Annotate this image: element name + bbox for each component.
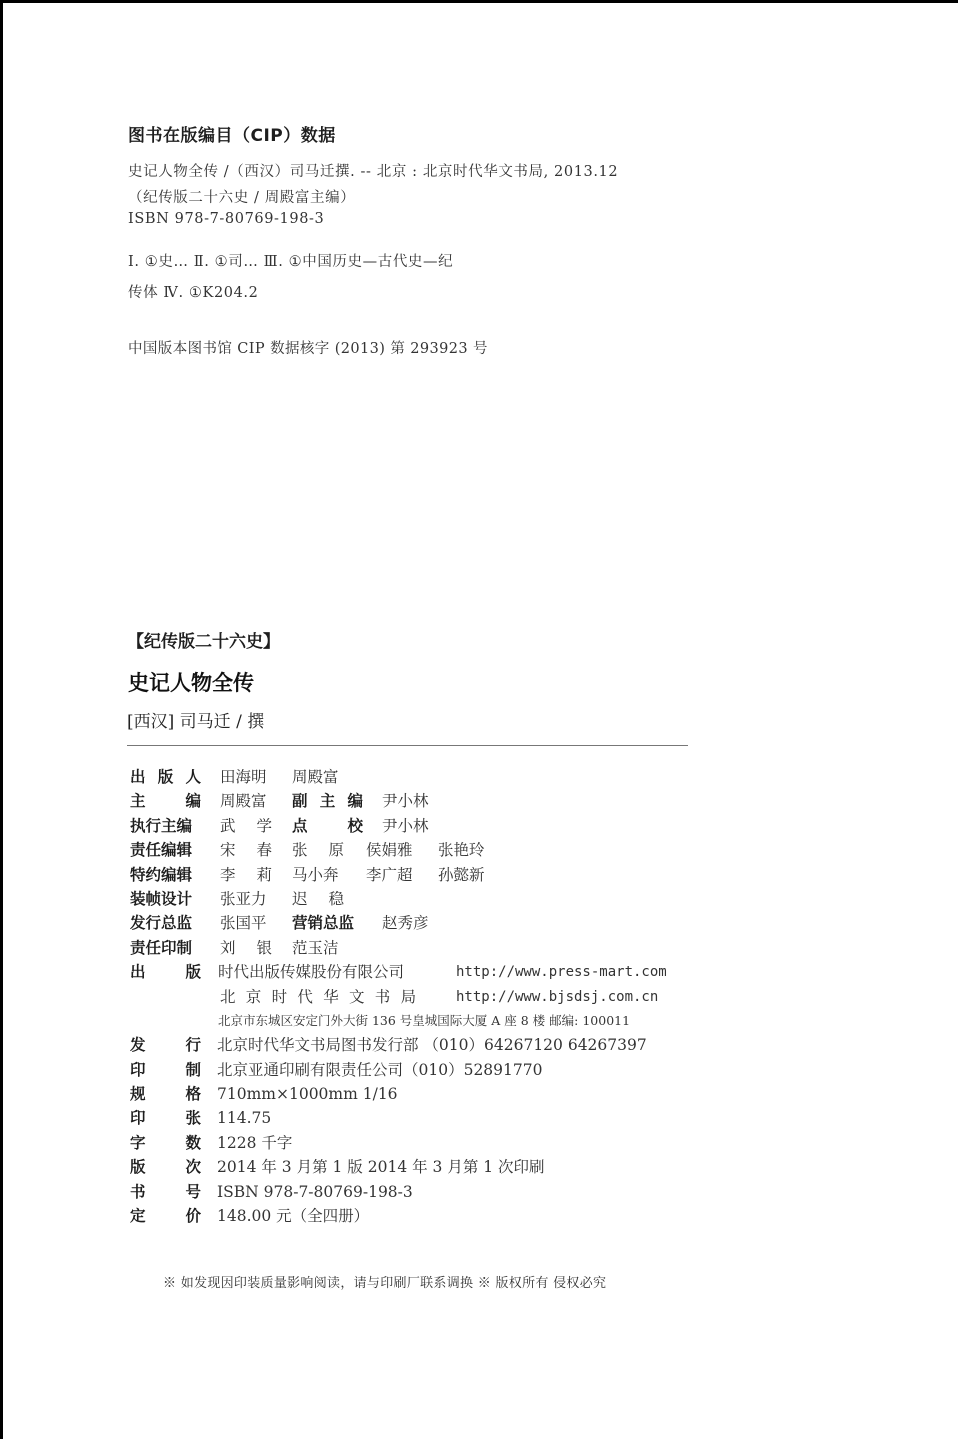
cip-line-classification: 传体 Ⅳ. ①K204.2 — [128, 281, 258, 302]
credit-value: 尹小林 — [382, 789, 429, 813]
page-border-top — [0, 0, 958, 3]
credit-value: 张国平 — [220, 911, 267, 935]
credit-value: 马小奔 — [292, 863, 339, 887]
credit-value: 148.00 元（全四册） — [217, 1204, 369, 1228]
credit-value: 北京亚通印刷有限责任公司（010）52891770 — [217, 1058, 542, 1082]
credit-label: 版次 — [130, 1155, 201, 1179]
credit-value: 张亚力 — [220, 887, 267, 911]
credit-value: 尹小林 — [382, 814, 429, 838]
credit-label: 发行总监 — [130, 911, 201, 935]
credit-value: 北京时代华文书局图书发行部 （010）64267120 64267397 — [217, 1033, 647, 1057]
cip-line-series: （纪传版二十六史 / 周殿富主编） — [128, 186, 355, 207]
credit-label: 定价 — [130, 1204, 201, 1228]
series-name: 【纪传版二十六史】 — [127, 627, 280, 652]
credit-label-secondary: 营销总监 — [292, 911, 363, 935]
footer-notice: ※ 如发现因印装质量影响阅读，请与印刷厂联系调换 ※ 版权所有 侵权必究 — [163, 1272, 606, 1291]
credit-label: 责任印制 — [130, 936, 201, 960]
credit-label: 主编 — [130, 789, 201, 813]
cip-line-subjects: Ⅰ. ①史… Ⅱ. ①司… Ⅲ. ①中国历史—古代史—纪 — [128, 250, 453, 271]
divider-rule — [127, 745, 688, 746]
publisher-name: 时代出版传媒股份有限公司 — [218, 960, 404, 984]
cip-line-isbn: ISBN 978-7-80769-198-3 — [128, 211, 324, 227]
publisher-url[interactable]: http://www.bjsdsj.com.cn — [456, 985, 658, 1009]
credit-label: 发行 — [130, 1033, 201, 1057]
credit-label: 规格 — [130, 1082, 201, 1106]
credit-value: 迟稳 — [292, 887, 344, 911]
credit-label: 印张 — [130, 1106, 201, 1130]
publisher-url[interactable]: http://www.press-mart.com — [456, 960, 667, 984]
credit-label: 特约编辑 — [130, 863, 201, 887]
page-border-left — [0, 0, 3, 1439]
credit-label: 出版人 — [130, 765, 201, 789]
credit-value: 范玉洁 — [292, 936, 339, 960]
book-title: 史记人物全传 — [128, 667, 254, 697]
credit-value: 刘银 — [220, 936, 272, 960]
credit-value: 赵秀彦 — [382, 911, 429, 935]
credit-value: ISBN 978-7-80769-198-3 — [217, 1180, 413, 1204]
credit-label: 执行主编 — [130, 814, 201, 838]
credit-value: 周殿富 — [292, 765, 339, 789]
cip-record-number: 中国版本图书馆 CIP 数据核字 (2013) 第 293923 号 — [128, 337, 488, 358]
credit-value: 武学 — [220, 814, 272, 838]
cip-heading: 图书在版编目（CIP）数据 — [128, 121, 336, 146]
credit-label: 书号 — [130, 1180, 201, 1204]
credit-value: 2014 年 3 月第 1 版 2014 年 3 月第 1 次印刷 — [217, 1155, 545, 1179]
credit-value: 710mm×1000mm 1/16 — [217, 1082, 398, 1106]
cip-line-title: 史记人物全传 /（西汉）司马迁撰. -- 北京 : 北京时代华文书局, 2013… — [128, 160, 618, 181]
credit-value: 张原 — [292, 838, 344, 862]
credit-value: 李莉 — [220, 863, 272, 887]
credit-value: 侯娟雅 — [366, 838, 413, 862]
author-line: [西汉] 司马迁 / 撰 — [127, 707, 264, 732]
credit-value: 周殿富 — [220, 789, 267, 813]
credit-label: 字数 — [130, 1131, 201, 1155]
publisher-address: 北京市东城区安定门外大街 136 号皇城国际大厦 A 座 8 楼 邮编: 100… — [218, 1009, 630, 1033]
credit-value: 宋春 — [220, 838, 272, 862]
credit-label: 出版 — [130, 960, 201, 984]
credit-label: 责任编辑 — [130, 838, 201, 862]
credit-value: 张艳玲 — [438, 838, 485, 862]
publisher-name: 北京时代华文书局 — [220, 985, 426, 1009]
credit-value: 田海明 — [220, 765, 267, 789]
credit-label-secondary: 点校 — [292, 814, 363, 838]
credit-label: 装帧设计 — [130, 887, 201, 911]
credit-value: 114.75 — [217, 1106, 271, 1130]
credit-label: 印制 — [130, 1058, 201, 1082]
credit-value: 1228 千字 — [217, 1131, 292, 1155]
credit-value: 李广超 — [366, 863, 413, 887]
credit-value: 孙懿新 — [438, 863, 485, 887]
credit-label-secondary: 副主编 — [292, 789, 363, 813]
